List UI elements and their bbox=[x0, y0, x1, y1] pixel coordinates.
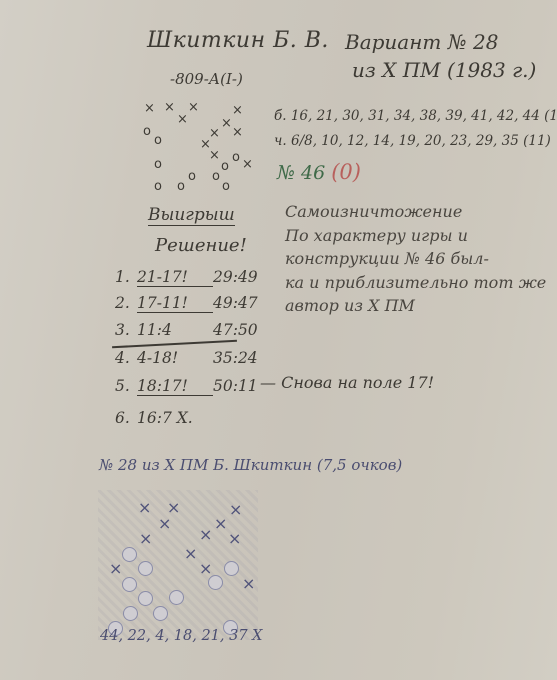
result-label: Выигрыш bbox=[148, 205, 235, 225]
problem-score: (0) bbox=[331, 160, 361, 184]
board-diagram-2: × × × × × × × × × × × × bbox=[98, 490, 258, 640]
o-mark bbox=[123, 606, 138, 621]
note-line: ка и приблизительно тот же bbox=[285, 271, 555, 295]
x-mark: × bbox=[164, 100, 175, 115]
black-stones-list: б. 16, 21, 30, 31, 34, 38, 39, 41, 42, 4… bbox=[274, 108, 557, 124]
move-score: 35:24 bbox=[213, 349, 258, 367]
x-mark: × bbox=[242, 574, 255, 593]
solution-move: 6.16:7 X. bbox=[115, 409, 213, 427]
x-mark: × bbox=[214, 514, 227, 533]
x-mark: × bbox=[199, 559, 212, 578]
note-line: конструкции № 46 был- bbox=[285, 247, 555, 271]
board-diagram-1: × × × × × × × × × × × o o o o o o o o o … bbox=[132, 95, 260, 195]
o-mark: o bbox=[212, 169, 220, 184]
o-mark bbox=[122, 577, 137, 592]
move-number: 2. bbox=[115, 294, 137, 312]
o-mark: o bbox=[143, 124, 151, 139]
o-mark bbox=[224, 561, 239, 576]
commentary-note: Самоизничтожение По характеру игры и кон… bbox=[285, 200, 555, 318]
solution-move: 4.4-18!35:24 bbox=[115, 349, 258, 367]
o-mark bbox=[208, 575, 223, 590]
x-mark: × bbox=[232, 125, 243, 140]
result-text: Выигрыш bbox=[148, 205, 235, 226]
o-mark: o bbox=[177, 179, 185, 194]
solution-move: 3.11:447:50 bbox=[115, 321, 258, 339]
source-note: № 28 из X ПМ Б. Шкиткин (7,5 очков) bbox=[99, 456, 402, 474]
move-score: 50:11 bbox=[213, 377, 258, 395]
move-number: 6. bbox=[115, 409, 137, 427]
x-mark: × bbox=[158, 514, 171, 533]
move-sequence: 44, 22, 4, 18, 21, 37 X bbox=[100, 628, 263, 644]
problem-number-label: № 46 bbox=[277, 162, 325, 184]
x-mark: × bbox=[199, 525, 212, 544]
x-mark: × bbox=[138, 498, 151, 517]
move-text: 16:7 X. bbox=[137, 409, 213, 427]
move-text: 17-11! bbox=[137, 294, 213, 313]
x-mark: × bbox=[184, 544, 197, 563]
x-mark: × bbox=[139, 529, 152, 548]
x-mark: × bbox=[177, 112, 188, 127]
white-stones-list: ч. 6/8, 10, 12, 14, 19, 20, 23, 29, 35 (… bbox=[274, 133, 551, 149]
x-mark: × bbox=[229, 500, 242, 519]
divider-line bbox=[112, 340, 237, 348]
x-mark: × bbox=[232, 103, 243, 118]
author-name: Шкиткин Б. В. bbox=[147, 28, 329, 53]
solution-move: 1.21-17!29:49 bbox=[115, 268, 258, 287]
move-text: 18:17! bbox=[137, 377, 213, 396]
note-line: автор из X ПМ bbox=[285, 294, 555, 318]
move-score: 47:50 bbox=[213, 321, 258, 339]
o-mark: o bbox=[221, 159, 229, 174]
x-mark: × bbox=[109, 559, 122, 578]
move-annotation: — Снова на поле 17! bbox=[260, 373, 434, 392]
x-mark: × bbox=[221, 116, 232, 131]
o-mark: o bbox=[154, 157, 162, 172]
note-line: Самоизничтожение bbox=[285, 200, 555, 224]
o-mark: o bbox=[154, 133, 162, 148]
x-mark: × bbox=[228, 529, 241, 548]
o-mark bbox=[138, 591, 153, 606]
o-mark bbox=[169, 590, 184, 605]
x-mark: × bbox=[242, 157, 253, 172]
move-text: 21-17! bbox=[137, 268, 213, 287]
solution-move: 2.17-11!49:47 bbox=[115, 294, 258, 313]
o-mark: o bbox=[232, 150, 240, 165]
o-mark bbox=[153, 606, 168, 621]
problem-code: -809-А(I-) bbox=[170, 70, 243, 88]
move-number: 5. bbox=[115, 377, 137, 395]
variant-number: Вариант № 28 bbox=[345, 30, 498, 54]
move-number: 4. bbox=[115, 349, 137, 367]
o-mark: o bbox=[222, 179, 230, 194]
o-mark bbox=[138, 561, 153, 576]
move-score: 29:49 bbox=[213, 268, 258, 286]
x-mark: × bbox=[188, 100, 199, 115]
o-mark: o bbox=[154, 179, 162, 194]
note-line: По характеру игры и bbox=[285, 224, 555, 248]
x-mark: × bbox=[209, 148, 220, 163]
solution-move: 5.18:17!50:11 bbox=[115, 377, 258, 396]
move-number: 1. bbox=[115, 268, 137, 286]
x-mark: × bbox=[144, 101, 155, 116]
o-mark: o bbox=[188, 169, 196, 184]
variant-source: из X ПМ (1983 г.) bbox=[352, 58, 536, 82]
move-text: 11:4 bbox=[137, 321, 213, 339]
move-number: 3. bbox=[115, 321, 137, 339]
solution-header: Решение! bbox=[155, 235, 247, 256]
move-score: 49:47 bbox=[213, 294, 258, 312]
o-mark bbox=[122, 547, 137, 562]
move-text: 4-18! bbox=[137, 349, 213, 367]
problem-number: № 46(0) bbox=[277, 160, 361, 184]
